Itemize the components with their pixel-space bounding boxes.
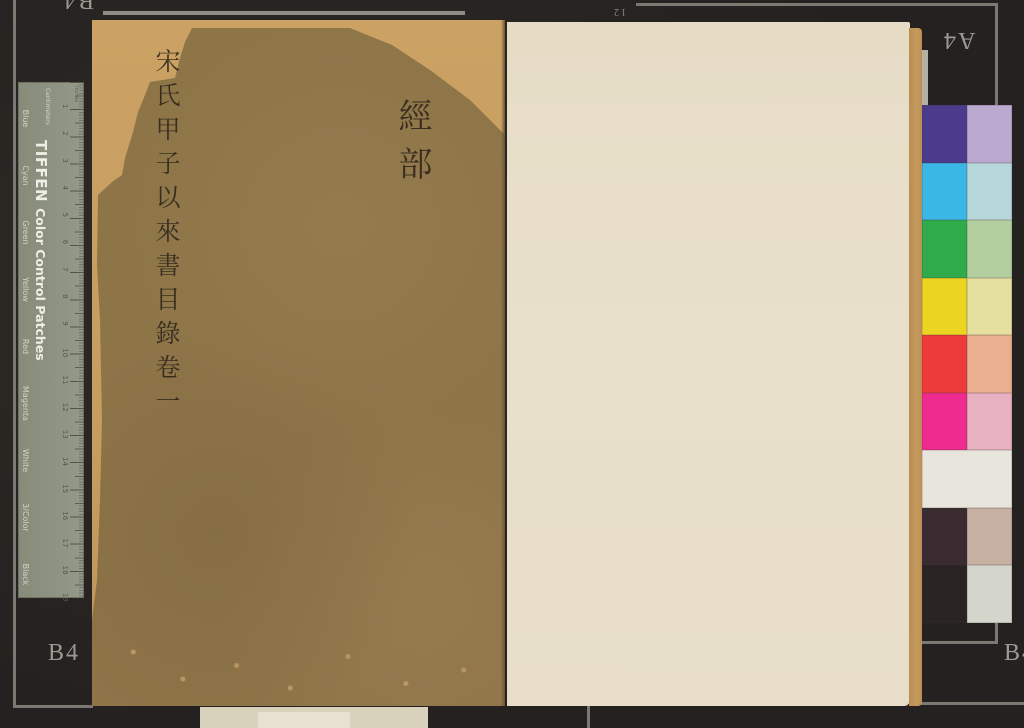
- color-control-ruler: Inches Centimeters 1 2 3 4 5 6 7 8 9 10 …: [18, 82, 84, 598]
- ruler-number: 13: [61, 430, 69, 457]
- mat-label-top-right: A4: [942, 26, 975, 53]
- patch-white: [922, 450, 1012, 508]
- patch-row-3-color: [922, 508, 1012, 566]
- ruler-number: 5: [61, 213, 69, 240]
- mat-frame-line-bottom-left: [13, 705, 93, 708]
- patch-black: [922, 565, 967, 623]
- ruler-number: 6: [61, 240, 69, 267]
- ruler-number: 10: [61, 348, 69, 375]
- patch-label: Red: [21, 318, 30, 375]
- ruler-numbers: 1 2 3 4 5 6 7 8 9 10 11 12 13 14 15 16 1…: [61, 104, 69, 620]
- patch-red-tint: [967, 335, 1012, 393]
- ruler-number: 9: [61, 321, 69, 348]
- patch-black-tint: [967, 565, 1012, 623]
- ruler-number: 2: [61, 131, 69, 158]
- mat-label-top-center: 12: [612, 6, 626, 17]
- patch-label: Cyan: [21, 147, 30, 204]
- patch-blue-tint: [967, 105, 1012, 163]
- left-page-cover: 宋氏甲子以來書目錄卷一 經部: [92, 20, 505, 706]
- mat-frame-line-patch-side: [995, 622, 998, 644]
- ruler-title: TIFFENColor Control Patches: [32, 140, 51, 361]
- spine-shadow: [501, 20, 505, 706]
- ruler-patch-labels: Blue Cyan Green Yellow Red Magenta White…: [21, 90, 30, 603]
- ruler-number: 8: [61, 294, 69, 321]
- mat-label-bottom-left: B4: [48, 640, 80, 667]
- mat-frame-line-patch-bottom: [922, 641, 998, 644]
- ruler-number: 1: [61, 104, 69, 131]
- ruler-centimeters-label: Centimeters: [44, 88, 51, 125]
- patch-label: Yellow: [21, 261, 30, 318]
- patch-label: Magenta: [21, 375, 30, 432]
- mat-frame-line-top-right: [636, 3, 998, 6]
- patch-magenta: [922, 393, 967, 451]
- patch-row-red: [922, 335, 1012, 393]
- handwritten-section-label: 經部: [388, 98, 437, 194]
- patch-label: Black: [21, 546, 30, 603]
- patch-row-blue: [922, 105, 1012, 163]
- patch-yellow: [922, 278, 967, 336]
- patch-label: White: [21, 432, 30, 489]
- mat-frame-line-left: [13, 0, 16, 708]
- patch-row-cyan: [922, 163, 1012, 221]
- ruler-cm-ticks: [70, 82, 84, 598]
- patch-label: 3/Color: [21, 489, 30, 546]
- handwritten-title-column: 宋氏甲子以來書目錄卷一: [148, 48, 184, 422]
- patch-3-color-tint: [967, 508, 1012, 566]
- ruler-inches-label: Inches: [73, 86, 79, 102]
- ruler-number: 16: [61, 511, 69, 538]
- bottom-paper-strip: [200, 707, 428, 728]
- book-fore-edge: [909, 28, 922, 706]
- patch-blue: [922, 105, 967, 163]
- patch-label: Green: [21, 204, 30, 261]
- ruler-number: 3: [61, 158, 69, 185]
- color-patch-chart: [922, 105, 1012, 623]
- patch-red: [922, 335, 967, 393]
- patch-green-tint: [967, 220, 1012, 278]
- patch-row-yellow: [922, 278, 1012, 336]
- patch-row-black: [922, 565, 1012, 623]
- patch-row-magenta: [922, 393, 1012, 451]
- patch-yellow-tint: [967, 278, 1012, 336]
- cover-speckles: [92, 616, 505, 706]
- patch-row-white: [922, 450, 1012, 508]
- patch-green: [922, 220, 967, 278]
- patch-cyan: [922, 163, 967, 221]
- ruler-number: 18: [61, 566, 69, 593]
- patch-3-color: [922, 508, 967, 566]
- ruler-number: 7: [61, 267, 69, 294]
- ruler-number: 14: [61, 457, 69, 484]
- ruler-title-text: Color Control Patches: [33, 208, 48, 361]
- tiffen-brand-logo: TIFFEN: [32, 140, 50, 202]
- mat-frame-line-bottom-right: [918, 702, 1024, 705]
- patch-card-edge: [922, 50, 928, 105]
- patch-row-green: [922, 220, 1012, 278]
- mat-frame-line-bottom-center: [587, 706, 590, 728]
- patch-cyan-tint: [967, 163, 1012, 221]
- right-page-blank: [507, 22, 910, 706]
- bottom-paper-strip-label: [258, 712, 350, 728]
- mat-label-bottom-right: B4: [1004, 640, 1024, 667]
- mat-label-top-left: B4: [62, 0, 94, 13]
- ruler-number: 12: [61, 403, 69, 430]
- ruler-number: 17: [61, 539, 69, 566]
- ruler-number: 11: [61, 376, 69, 403]
- mat-frame-line-right: [995, 3, 998, 105]
- ruler-number: 15: [61, 484, 69, 511]
- mat-frame-line-top-left: [103, 11, 465, 15]
- patch-magenta-tint: [967, 393, 1012, 451]
- patch-label: Blue: [21, 90, 30, 147]
- ruler-number: 4: [61, 185, 69, 212]
- ruler-number: 19: [61, 593, 69, 620]
